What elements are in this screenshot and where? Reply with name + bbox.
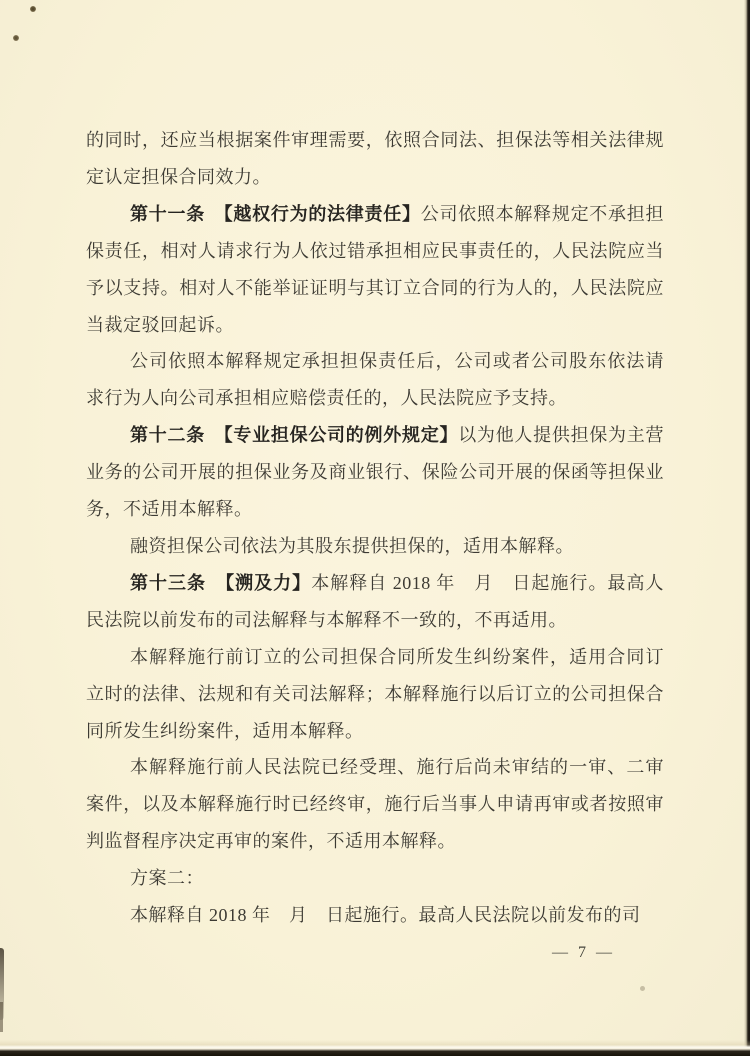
scan-edge-bottom (0, 1040, 750, 1056)
paragraph: 第十二条 【专业担保公司的例外规定】以为他人提供担保为主营业务的公司开展的担保业… (86, 417, 664, 528)
body-text: 融资担保公司依法为其股东提供担保的，适用本解释。 (130, 536, 574, 556)
paragraph: 本解释施行前订立的公司担保合同所发生纠纷案件，适用合同订立时的法律、法规和有关司… (86, 639, 664, 750)
body-text: 本解释施行前人民法院已经受理、施行后尚未审结的一审、二审案件，以及本解释施行时已… (86, 757, 664, 851)
body-text: 方案二： (130, 868, 204, 888)
scan-edge-right (744, 0, 750, 1056)
scanned-document-page: 的同时，还应当根据案件审理需要，依照合同法、担保法等相关法律规定认定担保合同效力… (0, 0, 750, 1056)
body-text: 本解释施行前订立的公司担保合同所发生纠纷案件，适用合同订立时的法律、法规和有关司… (86, 647, 664, 741)
body-text: 的同时，还应当根据案件审理需要，依照合同法、担保法等相关法律规定认定担保合同效力… (86, 130, 664, 187)
scan-edge-smudge-left (0, 1002, 3, 1032)
article-heading: 第十三条 【溯及力】 (130, 573, 311, 593)
paragraph: 本解释施行前人民法院已经受理、施行后尚未审结的一审、二审案件，以及本解释施行时已… (86, 749, 664, 860)
paragraph: 公司依照本解释规定承担担保责任后，公司或者公司股东依法请求行为人向公司承担相应赔… (86, 343, 664, 417)
body-text: 公司依照本解释规定承担担保责任后，公司或者公司股东依法请求行为人向公司承担相应赔… (86, 351, 664, 408)
page-number: — 7 — (552, 944, 615, 962)
dust-speck (640, 986, 645, 991)
paragraph: 本解释自 2018 年 月 日起施行。最高人民法院以前发布的司 (86, 897, 664, 934)
paragraph: 的同时，还应当根据案件审理需要，依照合同法、担保法等相关法律规定认定担保合同效力… (86, 122, 664, 196)
body-text: 本解释自 2018 年 月 日起施行。最高人民法院以前发布的司 (130, 905, 641, 925)
article-heading: 第十二条 【专业担保公司的例外规定】 (130, 425, 458, 445)
paragraph: 方案二： (86, 860, 664, 897)
paragraph: 第十一条 【越权行为的法律责任】公司依照本解释规定不承担担保责任，相对人请求行为… (86, 196, 664, 344)
document-body: 的同时，还应当根据案件审理需要，依照合同法、担保法等相关法律规定认定担保合同效力… (86, 122, 664, 934)
article-heading: 第十一条 【越权行为的法律责任】 (130, 204, 421, 224)
staple-hole-speck (30, 6, 36, 12)
paragraph: 融资担保公司依法为其股东提供担保的，适用本解释。 (86, 528, 664, 565)
staple-hole-speck (13, 35, 19, 41)
paragraph: 第十三条 【溯及力】本解释自 2018 年 月 日起施行。最高人民法院以前发布的… (86, 565, 664, 639)
